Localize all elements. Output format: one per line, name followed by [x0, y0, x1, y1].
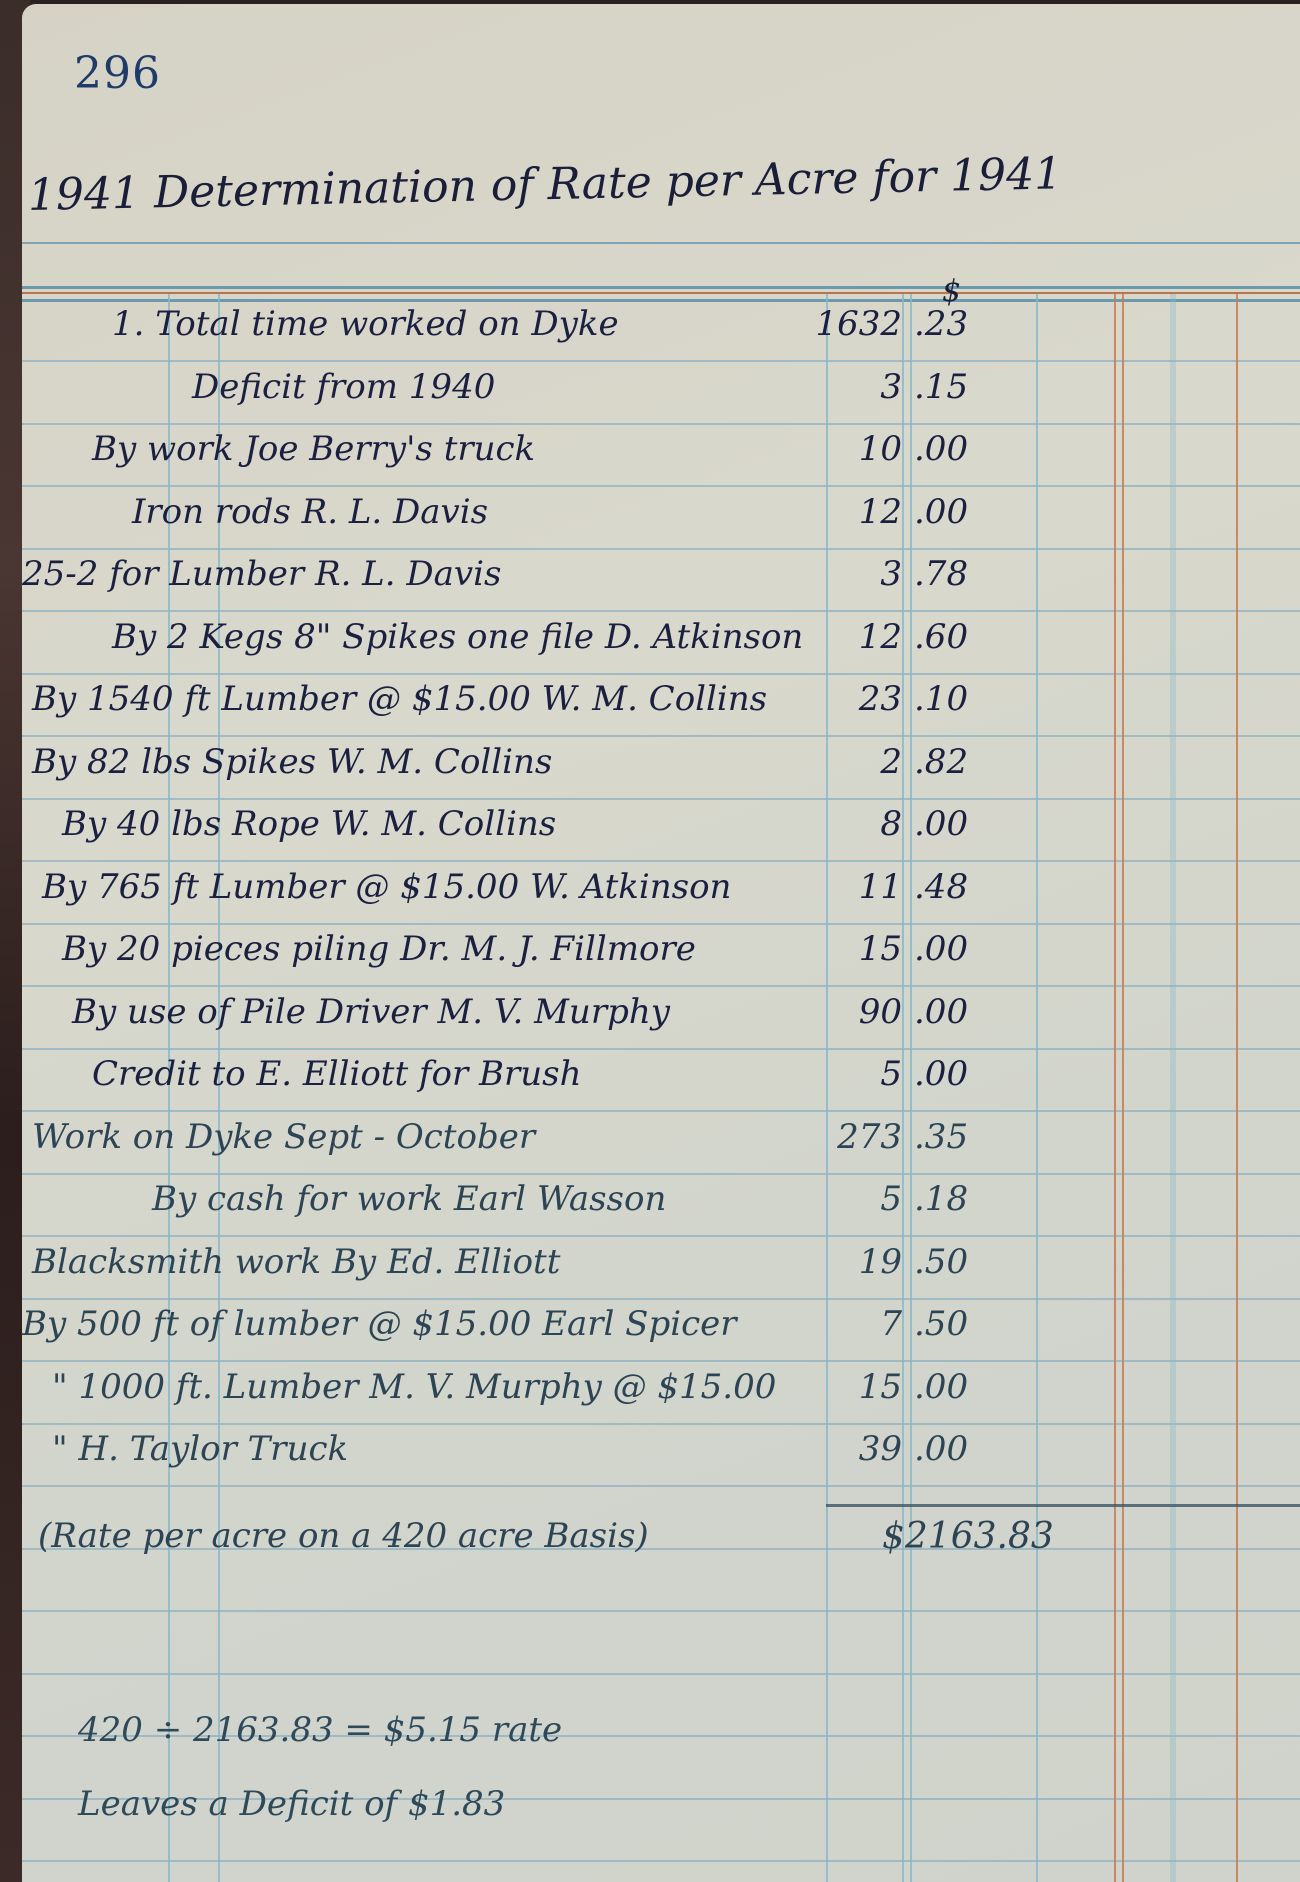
- entry-description: Deficit from 1940: [192, 367, 495, 407]
- amount-dollars: 5: [762, 1054, 902, 1094]
- amount-dollars: 39: [762, 1429, 902, 1469]
- entry-description: Work on Dyke Sept - October: [32, 1117, 535, 1157]
- row-rule: [22, 1173, 1300, 1175]
- column-rule-red: [1236, 294, 1238, 1882]
- amount-dollars: 7: [762, 1304, 902, 1344]
- entry-description: By 2 Kegs 8" Spikes one file D. Atkinson: [112, 617, 803, 657]
- amount-dollars: 11: [762, 867, 902, 907]
- row-rule: [22, 360, 1300, 362]
- entry-description: Iron rods R. L. Davis: [132, 492, 488, 532]
- amount-cents: .00: [914, 1429, 968, 1469]
- amount-dollars: 10: [762, 429, 902, 469]
- entry-description: 25-2 for Lumber R. L. Davis: [22, 554, 501, 594]
- rate-calculation: 420 ÷ 2163.83 = $5.15 rate: [78, 1710, 562, 1750]
- amount-cents: .78: [914, 554, 968, 594]
- row-rule: [22, 673, 1300, 675]
- amount-cents: .48: [914, 867, 968, 907]
- row-rule: [22, 1298, 1300, 1300]
- entry-description: By 40 lbs Rope W. M. Collins: [62, 804, 556, 844]
- column-rule: [910, 294, 912, 1882]
- row-rule: [22, 798, 1300, 800]
- row-rule: [22, 1360, 1300, 1362]
- amount-dollars: 5: [762, 1179, 902, 1219]
- entry-description: Credit to E. Elliott for Brush: [92, 1054, 582, 1094]
- amount-cents: .10: [914, 679, 968, 719]
- total-amount: $2163.83: [882, 1516, 1054, 1557]
- amount-dollars: 1632: [762, 304, 902, 344]
- row-rule: [22, 1673, 1300, 1675]
- entry-description: By 1540 ft Lumber @ $15.00 W. M. Collins: [32, 679, 767, 719]
- amount-dollars: 3: [762, 367, 902, 407]
- amount-cents: .00: [914, 1367, 968, 1407]
- amount-dollars: 2: [762, 742, 902, 782]
- ledger-page: 296 1941 Determination of Rate per Acre …: [22, 4, 1300, 1882]
- row-rule: [22, 485, 1300, 487]
- row-rule: [22, 735, 1300, 737]
- entry-description: By cash for work Earl Wasson: [152, 1179, 666, 1219]
- column-rule-red: [1114, 294, 1116, 1882]
- amount-cents: .23: [914, 304, 968, 344]
- amount-dollars: 15: [762, 1367, 902, 1407]
- total-description: (Rate per acre on a 420 acre Basis): [38, 1516, 649, 1556]
- row-rule: [22, 860, 1300, 862]
- entry-description: 1. Total time worked on Dyke: [112, 304, 619, 344]
- row-rule: [22, 985, 1300, 987]
- row-rule: [22, 1048, 1300, 1050]
- entry-description: By use of Pile Driver M. V. Murphy: [72, 992, 670, 1032]
- amount-cents: .18: [914, 1179, 968, 1219]
- amount-cents: .00: [914, 804, 968, 844]
- title-rule: [22, 242, 1300, 244]
- row-rule: [22, 1860, 1300, 1862]
- deficit-note: Leaves a Deficit of $1.83: [78, 1784, 505, 1824]
- row-rule: [22, 1485, 1300, 1487]
- row-rule: [22, 548, 1300, 550]
- amount-cents: .00: [914, 429, 968, 469]
- amount-dollars: 15: [762, 929, 902, 969]
- amount-dollars: 19: [762, 1242, 902, 1282]
- row-rule: [22, 1423, 1300, 1425]
- entry-description: Blacksmith work By Ed. Elliott: [32, 1242, 560, 1282]
- total-underline: [826, 1504, 1300, 1507]
- header-rule-red: [22, 292, 1300, 294]
- amount-dollars: 8: [762, 804, 902, 844]
- header-rule-bottom: [22, 299, 1300, 302]
- column-rule: [1170, 294, 1176, 1882]
- amount-cents: .00: [914, 1054, 968, 1094]
- row-rule: [22, 1235, 1300, 1237]
- column-rule: [1036, 294, 1038, 1882]
- amount-dollars: 90: [762, 992, 902, 1032]
- entry-description: " 1000 ft. Lumber M. V. Murphy @ $15.00: [52, 1367, 776, 1407]
- amount-cents: .15: [914, 367, 968, 407]
- amount-cents: .60: [914, 617, 968, 657]
- row-rule: [22, 423, 1300, 425]
- column-rule-red: [1122, 294, 1124, 1882]
- amount-dollars: 12: [762, 492, 902, 532]
- amount-cents: .50: [914, 1304, 968, 1344]
- amount-dollars: 273: [762, 1117, 902, 1157]
- entry-description: By work Joe Berry's truck: [92, 429, 535, 469]
- amount-cents: .00: [914, 929, 968, 969]
- entry-description: " H. Taylor Truck: [52, 1429, 348, 1469]
- row-rule: [22, 1610, 1300, 1612]
- entry-description: By 765 ft Lumber @ $15.00 W. Atkinson: [42, 867, 731, 907]
- amount-cents: .82: [914, 742, 968, 782]
- row-rule: [22, 923, 1300, 925]
- amount-cents: .00: [914, 992, 968, 1032]
- header-rule-top: [22, 286, 1300, 289]
- amount-dollars: 23: [762, 679, 902, 719]
- entry-description: By 82 lbs Spikes W. M. Collins: [32, 742, 552, 782]
- entry-description: By 20 pieces piling Dr. M. J. Fillmore: [62, 929, 696, 969]
- page-title: 1941 Determination of Rate per Acre for …: [27, 145, 1228, 221]
- amount-dollars: 12: [762, 617, 902, 657]
- amount-dollars: 3: [762, 554, 902, 594]
- amount-cents: .00: [914, 492, 968, 532]
- column-rule: [902, 294, 904, 1882]
- amount-cents: .50: [914, 1242, 968, 1282]
- amount-cents: .35: [914, 1117, 968, 1157]
- row-rule: [22, 1110, 1300, 1112]
- page-number: 296: [74, 48, 161, 99]
- row-rule: [22, 610, 1300, 612]
- entry-description: By 500 ft of lumber @ $15.00 Earl Spicer: [22, 1304, 737, 1344]
